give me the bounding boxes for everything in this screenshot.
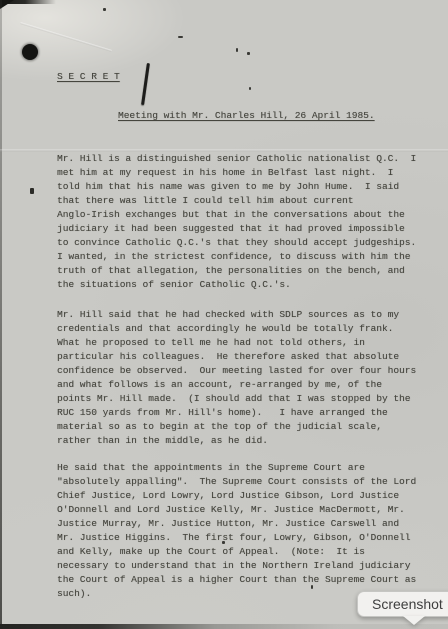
tooltip-pointer-icon — [403, 616, 425, 625]
text-line: Anglo-Irish exchanges but that in the co… — [57, 208, 416, 222]
text-line: and Kelly, make up the Court of Appeal. … — [57, 545, 416, 559]
text-line: Mr. Hill said that he had checked with S… — [57, 308, 416, 322]
scan-artifact — [178, 36, 183, 38]
scan-edge-left — [0, 0, 2, 629]
text-line: confidence be observed. Our meeting last… — [57, 364, 416, 378]
text-line: credentials and that accordingly he woul… — [57, 322, 416, 336]
hole-punch — [22, 44, 38, 60]
text-line: points Mr. Hill made. (I should add that… — [57, 392, 416, 406]
text-line: that there was little I could tell him a… — [57, 194, 416, 208]
text-line: and what follows is an account, re-arran… — [57, 378, 416, 392]
scan-artifact — [247, 52, 250, 55]
text-line: rather than in the middle, as he did. — [57, 434, 416, 448]
scanned-document-page: S E C R E T Meeting with Mr. Charles Hil… — [0, 0, 448, 629]
paragraph-2: Mr. Hill said that he had checked with S… — [57, 308, 416, 448]
text-line: the Court of Appeal is a higher Court th… — [57, 573, 416, 587]
scan-artifact — [236, 48, 238, 52]
scan-edge-corner — [0, 0, 14, 9]
text-line: Justice Murray, Mr. Justice Hutton, Mr. … — [57, 517, 416, 531]
document-title: Meeting with Mr. Charles Hill, 26 April … — [118, 110, 375, 121]
text-line: to convince Catholic Q.C.'s that they sh… — [57, 236, 416, 250]
paragraph-1: Mr. Hill is a distinguished senior Catho… — [57, 152, 416, 292]
paragraph-3: He said that the appointments in the Sup… — [57, 461, 416, 601]
text-line: met him at my request in his home in Bel… — [57, 166, 416, 180]
scan-artifact — [103, 8, 106, 11]
scan-artifact — [249, 87, 251, 90]
text-line: truth of that allegation, the personalit… — [57, 264, 416, 278]
text-line: material so as to begin at the top of th… — [57, 420, 416, 434]
text-line: I wanted, in the strictest confidence, t… — [57, 250, 416, 264]
text-line: Mr. Justice Higgins. The first four, Low… — [57, 531, 416, 545]
text-line: O'Donnell and Lord Justice Kelly, Mr. Ju… — [57, 503, 416, 517]
pen-stroke-mark — [141, 63, 150, 105]
screenshot-tooltip: Screenshot — [357, 591, 448, 617]
text-line: told him that his name was given to me b… — [57, 180, 416, 194]
tooltip-label: Screenshot — [372, 596, 443, 612]
scan-edge-bottom — [0, 624, 448, 629]
text-line: "absolutely appalling". The Supreme Cour… — [57, 475, 416, 489]
text-line: Mr. Hill is a distinguished senior Catho… — [57, 152, 416, 166]
scan-artifact — [222, 541, 225, 544]
classification-marking: S E C R E T — [57, 71, 120, 82]
text-line: particular his colleagues. He therefore … — [57, 350, 416, 364]
text-line: necessary to understand that in the Nort… — [57, 559, 416, 573]
text-line: RUC 150 yards from Mr. Hill's home). I h… — [57, 406, 416, 420]
text-line: judiciary it had been suggested that it … — [57, 222, 416, 236]
scan-artifact — [311, 585, 313, 589]
text-line: the situations of senior Catholic Q.C.'s… — [57, 278, 416, 292]
text-line: What he proposed to tell me he had not t… — [57, 336, 416, 350]
text-line: He said that the appointments in the Sup… — [57, 461, 416, 475]
scan-artifact — [30, 188, 34, 194]
text-line: Chief Justice, Lord Lowry, Lord Justice … — [57, 489, 416, 503]
